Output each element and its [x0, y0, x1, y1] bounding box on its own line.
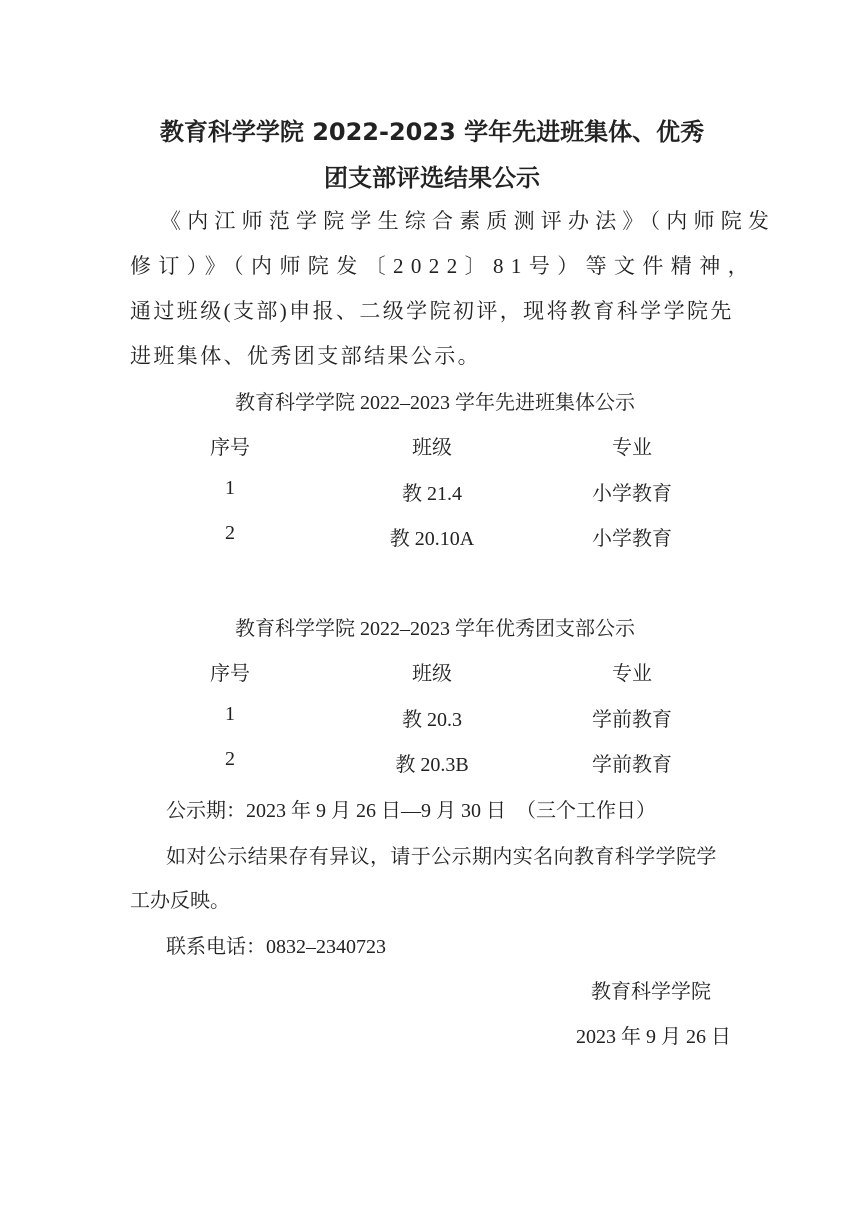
table-row-index: 1 [180, 703, 280, 726]
table-row-major: 学前教育 [572, 703, 692, 732]
table-row-index: 2 [180, 748, 280, 771]
intro-line1: 《内江师范学院学生综合素质测评办法》（内师院发 [160, 205, 775, 235]
header-major: 专业 [572, 657, 692, 686]
table-row-major: 学前教育 [572, 748, 692, 777]
document-title-line2: 团支部评选结果公示 [0, 158, 864, 193]
contact-phone: 联系电话：0832–2340723 [166, 930, 386, 959]
objection-line1: 如对公示结果存有异议，请于公示期内实名向教育科学学院学 [166, 840, 717, 869]
table-title: 教育科学学院 2022–2023 学年先进班集体公示 [0, 386, 864, 415]
header-class: 班级 [372, 657, 492, 686]
table-row-index: 1 [180, 477, 280, 500]
table-row-major: 小学教育 [572, 477, 692, 506]
notice-period: 公示期：2023 年 9 月 26 日—9 月 30 日 （三个工作日） [166, 794, 656, 823]
table-row-class: 教 20.3 [372, 703, 492, 732]
table-row-index: 2 [180, 522, 280, 545]
table-row-class: 教 20.10A [372, 522, 492, 551]
table-title: 教育科学学院 2022–2023 学年优秀团支部公示 [0, 612, 864, 641]
signature: 教育科学学院 [591, 975, 711, 1004]
signature-date: 2023 年 9 月 26 日 [576, 1020, 731, 1049]
intro-line3: 通过班级(支部)申报、二级学院初评，现将教育科学学院先 [130, 295, 734, 325]
header-class: 班级 [372, 431, 492, 460]
intro-line4: 进班集体、优秀团支部结果公示。 [130, 340, 481, 370]
table-row-class: 教 20.3B [372, 748, 492, 777]
objection-line2: 工办反映。 [130, 884, 230, 913]
intro-line2: 修订）》（内师院发〔2022〕81号）等文件精神， [130, 250, 756, 280]
header-index: 序号 [180, 657, 280, 686]
header-index: 序号 [180, 431, 280, 460]
table-row-major: 小学教育 [572, 522, 692, 551]
table-row-class: 教 21.4 [372, 477, 492, 506]
header-major: 专业 [572, 431, 692, 460]
document-title-line1: 教育科学学院 2022-2023 学年先进班集体、优秀 [0, 112, 864, 147]
